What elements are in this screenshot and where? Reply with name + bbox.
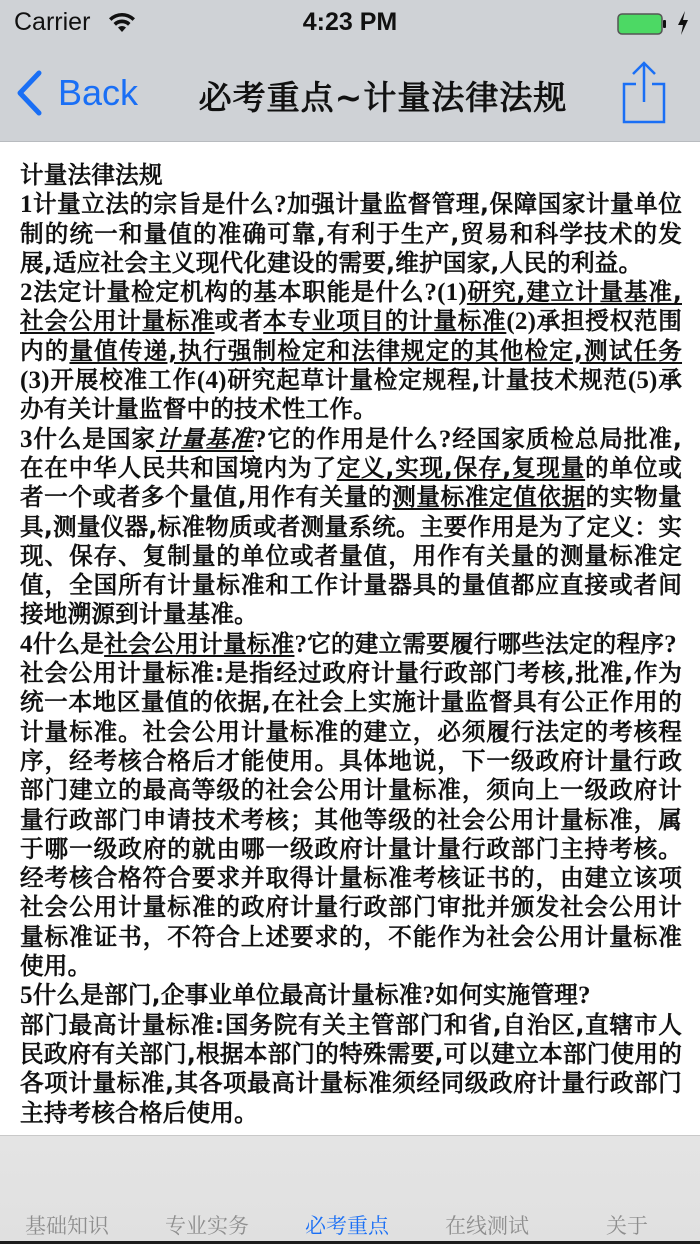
tab-key-points[interactable]: 必考重点 (305, 1210, 389, 1240)
document-heading: 计量法律法规 (20, 161, 682, 190)
answer-text: 或者 (215, 307, 264, 335)
tab-about[interactable]: 关于 (606, 1210, 648, 1240)
charging-bolt-icon (676, 10, 690, 36)
answer-text: 开展校准工作 (50, 366, 197, 394)
status-time: 4:23 PM (0, 8, 700, 37)
question-text: 如何实施管理 (435, 981, 578, 1009)
answer-5: 部门最高计量标准:国务院有关主管部门和省,自治区,直辖市人民政府有关部门,根据本… (20, 1011, 682, 1128)
underlined-text: 定义,实现,保存,复现量 (337, 454, 585, 482)
battery-icon (617, 13, 667, 35)
status-bar: Carrier 4:23 PM (0, 0, 700, 46)
question-mark: ? (664, 631, 677, 658)
underlined-text: 测量标准定值依据 (392, 483, 585, 511)
question-text: 什么是部门,企事业单位最高计量标准 (33, 981, 423, 1009)
question-text: 什么是 (33, 630, 104, 658)
question-1: 1计量立法的宗旨是什么?加强计量监督管理,保障国家计量单位制的统一和量值的准确可… (20, 190, 682, 278)
tab-practice[interactable]: 专业实务 (165, 1210, 249, 1240)
item-marker: (5) (628, 367, 658, 394)
question-mark: ? (578, 982, 591, 1009)
question-5: 5什么是部门,企事业单位最高计量标准?如何实施管理? (20, 981, 682, 1010)
question-mark: ? (254, 426, 267, 453)
page-title: 必考重点~计量法律法规 (0, 72, 700, 119)
top-chrome: Carrier 4:23 PM Back 必考重点~计量法律法规 (0, 0, 700, 142)
share-icon[interactable] (620, 60, 668, 124)
question-text: 计量立法的宗旨是什么 (33, 190, 274, 218)
answer-text: 研究起草计量检定规程,计量技术规范 (227, 366, 628, 394)
document-text: 计量法律法规 1计量立法的宗旨是什么?加强计量监督管理,保障国家计量单位制的统一… (0, 143, 700, 1128)
question-2: 2法定计量检定机构的基本职能是什么?(1)研究,建立计量基准,社会公用计量标准或… (20, 278, 682, 424)
item-marker: (1) (437, 279, 467, 306)
question-4: 4什么是社会公用计量标准?它的建立需要履行哪些法定的程序? (20, 630, 682, 659)
underlined-text: 社会公用计量标准 (104, 630, 294, 658)
question-number: 5 (20, 982, 33, 1009)
question-mark: ? (439, 426, 452, 453)
item-marker: (4) (197, 367, 227, 394)
question-text: 什么是国家 (33, 425, 156, 453)
question-3: 3什么是国家计量基准?它的作用是什么?经国家质检总局批准,在在中华人民共和国境内… (20, 425, 682, 630)
tab-online-test[interactable]: 在线测试 (445, 1210, 529, 1240)
question-number: 3 (20, 426, 33, 453)
underlined-text: 量值传递,执行强制检定和法律规定的其他检定,测试任务 (69, 337, 682, 365)
item-marker: (2) (506, 308, 536, 335)
item-marker: (3) (20, 367, 50, 394)
question-mark: ? (274, 191, 287, 218)
navigation-bar: Back 必考重点~计量法律法规 (0, 46, 700, 142)
question-number: 2 (20, 279, 33, 306)
tab-bar: 基础知识 专业实务 必考重点 在线测试 关于 (0, 1135, 700, 1244)
question-number: 1 (20, 191, 33, 218)
emphasized-term: 计量基准 (156, 425, 254, 453)
question-mark: ? (294, 631, 307, 658)
question-mark: ? (424, 279, 437, 306)
question-text: 它的建立需要履行哪些法定的程序 (307, 630, 664, 658)
answer-4: 社会公用计量标准:是指经过政府计量行政部门考核,批准,作为统一本地区量值的依据,… (20, 659, 682, 981)
content-scroll-view[interactable]: 计量法律法规 1计量立法的宗旨是什么?加强计量监督管理,保障国家计量单位制的统一… (0, 143, 700, 1135)
question-text: 它的作用是什么 (267, 425, 439, 453)
question-mark: ? (423, 982, 436, 1009)
tab-basics[interactable]: 基础知识 (25, 1210, 109, 1240)
question-text: 法定计量检定机构的基本职能是什么 (33, 278, 425, 306)
underlined-text: 本专业项目的计量标准 (263, 307, 506, 335)
question-number: 4 (20, 631, 33, 658)
